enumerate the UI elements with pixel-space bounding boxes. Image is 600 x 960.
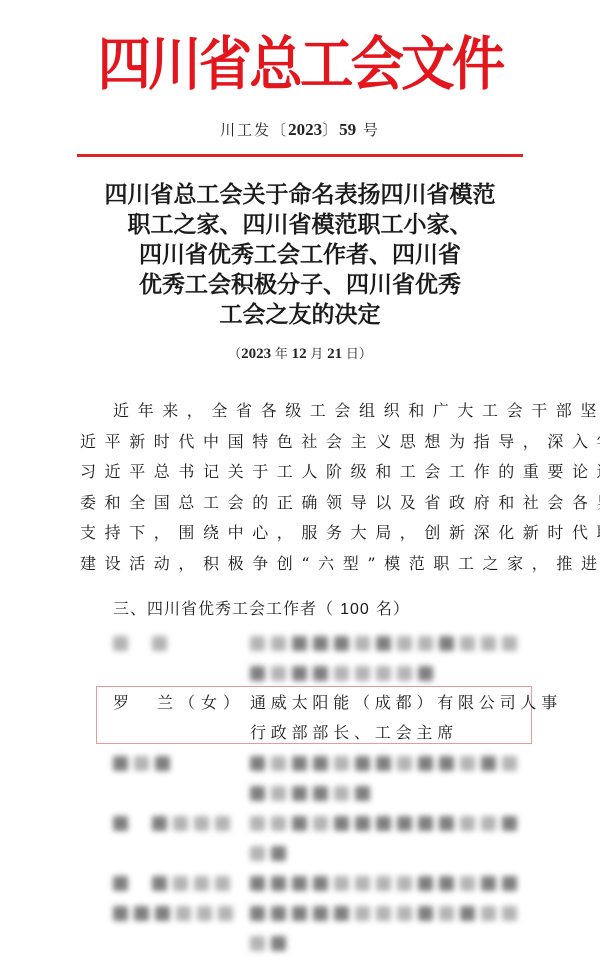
body-line: 委和全国总工会的正确领导以及省政府和社会各界的大力 bbox=[80, 488, 524, 519]
red-divider bbox=[77, 154, 523, 157]
docno-number: 59 bbox=[339, 120, 356, 139]
masthead-title: 四川省总工会文件 bbox=[24, 26, 576, 102]
body-paragraph: 近年来，全省各级工会组织和广大工会干部坚持以习 近平新时代中国特色社会主义思想为… bbox=[80, 396, 524, 579]
redacted-entry bbox=[113, 808, 533, 868]
person-description: 通威太阳能（成都）有限公司人事 行政部部长、工会主席 bbox=[250, 688, 535, 748]
document-date: （2023 年 12 月 21 日） bbox=[0, 343, 600, 366]
section-suffix: 名） bbox=[376, 599, 410, 618]
date-day: 21 bbox=[327, 346, 342, 362]
document-number: 川工发〔2023〕59 号 bbox=[0, 119, 600, 141]
heading-line: 职工之家、四川省模范职工小家、 bbox=[60, 210, 540, 240]
section-prefix: 三、四川省优秀工会工作者（ bbox=[113, 599, 334, 618]
date-unit: 年 bbox=[275, 347, 288, 362]
document-heading: 四川省总工会关于命名表扬四川省模范 职工之家、四川省模范职工小家、 四川省优秀工… bbox=[60, 180, 540, 330]
heading-line: 四川省优秀工会工作者、四川省 bbox=[60, 240, 540, 270]
date-paren: ） bbox=[359, 347, 372, 362]
redacted-entry bbox=[113, 898, 533, 958]
docno-bracket: 〕 bbox=[322, 121, 339, 139]
desc-line: 通威太阳能（成都）有限公司人事 bbox=[250, 688, 535, 718]
date-paren: （ bbox=[228, 347, 241, 362]
date-unit: 日 bbox=[346, 347, 359, 362]
docno-year: 2023 bbox=[288, 120, 322, 139]
section-count: 100 bbox=[340, 601, 370, 618]
body-line: 近年来，全省各级工会组织和广大工会干部坚持以习 bbox=[80, 396, 524, 427]
docno-prefix: 川工发〔 bbox=[220, 121, 288, 139]
date-unit: 月 bbox=[310, 347, 323, 362]
person-name: 罗 兰（女） bbox=[113, 688, 245, 718]
date-year: 2023 bbox=[241, 346, 271, 362]
redacted-entry bbox=[113, 868, 533, 898]
heading-line: 四川省总工会关于命名表扬四川省模范 bbox=[60, 180, 540, 210]
redacted-entry bbox=[113, 748, 533, 808]
body-line: 支持下，围绕中心，服务大局，创新深化新时代职工之家 bbox=[80, 518, 524, 549]
body-line: 习近平总书记关于工人阶级和工会工作的重要论述，在省 bbox=[80, 457, 524, 488]
heading-line: 优秀工会积极分子、四川省优秀 bbox=[60, 270, 540, 300]
heading-line: 工会之友的决定 bbox=[60, 300, 540, 330]
desc-line: 行政部部长、工会主席 bbox=[250, 718, 535, 748]
docno-suffix: 号 bbox=[363, 121, 380, 139]
date-month: 12 bbox=[292, 346, 307, 362]
body-line: 近平新时代中国特色社会主义思想为指导，深入学习贯彻 bbox=[80, 427, 524, 458]
body-line: 建设活动，积极争创“六型”模范职工之家，推进基层工会 bbox=[80, 549, 524, 580]
section-heading: 三、四川省优秀工会工作者（ 100 名） bbox=[113, 597, 410, 622]
redacted-entry bbox=[113, 628, 533, 688]
